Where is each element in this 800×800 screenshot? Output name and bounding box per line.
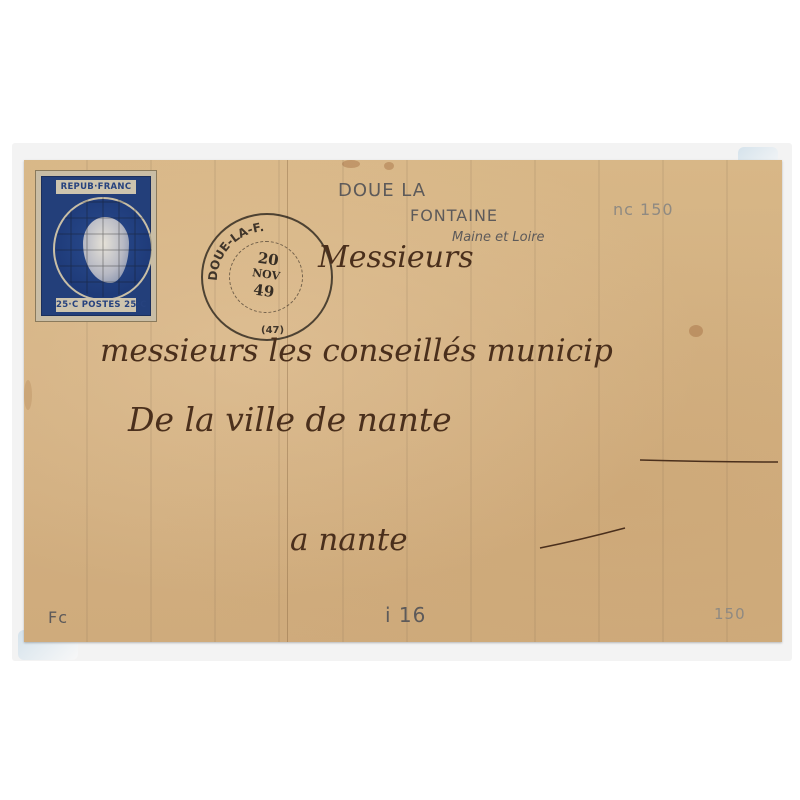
address-line2: De la ville de nante bbox=[128, 400, 452, 439]
pencil-note-top-right: nc 150 bbox=[613, 200, 674, 219]
pencil-origin-line1: DOUE LA bbox=[338, 180, 426, 201]
stamp-frame: REPUB·FRANC 25·C POSTES 25·C bbox=[41, 176, 151, 316]
stamp-bottom-legend: 25·C POSTES 25·C bbox=[56, 298, 136, 312]
stamp: REPUB·FRANC 25·C POSTES 25·C bbox=[35, 170, 157, 322]
address-line1: messieurs les conseillés municip bbox=[100, 333, 613, 369]
address-salutation: Messieurs bbox=[318, 240, 474, 275]
pencil-note-bottom-right: 150 bbox=[714, 605, 746, 623]
pencil-note-bottom-center: i 16 bbox=[385, 603, 426, 627]
address-line3: a nante bbox=[290, 522, 408, 558]
stamp-top-legend: REPUB·FRANC bbox=[56, 180, 136, 194]
foxing-spot bbox=[342, 160, 360, 168]
pencil-origin-line2: FONTAINE bbox=[410, 206, 498, 225]
foxing-spot bbox=[24, 380, 32, 410]
town-postmark: DOUE-LA-F. (47) 20 NOV 49 bbox=[201, 213, 333, 341]
grid-cancel-mark bbox=[56, 197, 152, 297]
pencil-note-bottom-left: Fc bbox=[48, 608, 68, 627]
foxing-spot bbox=[384, 162, 394, 170]
foxing-spot bbox=[689, 325, 703, 337]
postmark-date: 20 NOV 49 bbox=[238, 248, 294, 302]
